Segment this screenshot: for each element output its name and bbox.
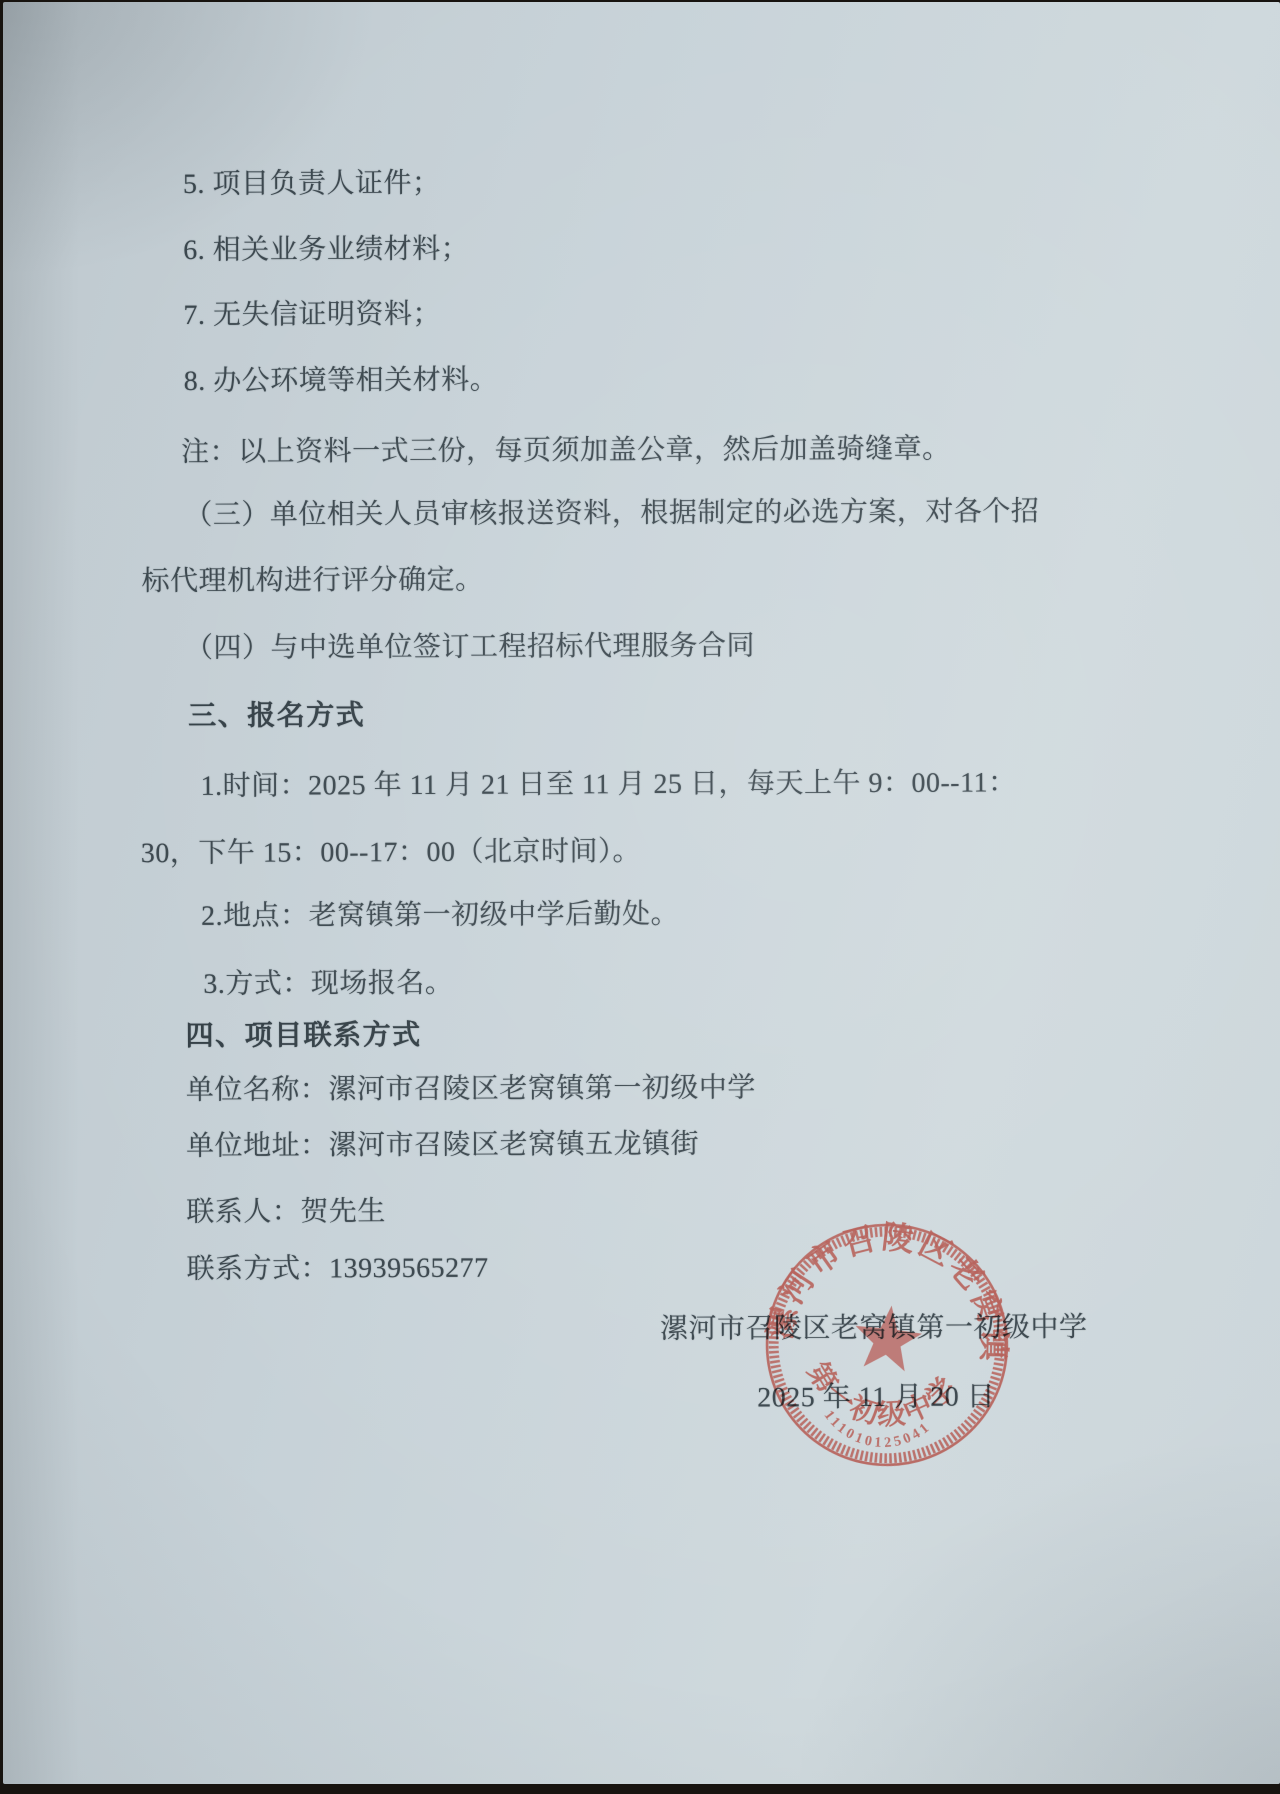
contact-person-line: 联系人：贺先生 [186, 1189, 386, 1230]
seal-bottom-arc-text: 第一初级中学 [795, 1354, 966, 1441]
paper-sheet: 5. 项目负责人证件； 6. 相关业务业绩材料； 7. 无失信证明资料； 8. … [3, 2, 1280, 1784]
list-item-8: 8. 办公环境等相关材料。 [184, 358, 499, 399]
contact-name-line: 单位名称：漯河市召陵区老窝镇第一初级中学 [186, 1066, 756, 1108]
official-seal-stamp: 漯河市召陵区老窝镇 第一初级中学 111010125041 [740, 1198, 1033, 1491]
seal-star-icon [851, 1302, 925, 1373]
time-line-1: 1.时间：2025 年 11 月 21 日至 11 月 25 日，每天上午 9：… [200, 760, 1016, 804]
list-item-6: 6. 相关业务业绩材料； [183, 227, 469, 268]
contact-address-line: 单位地址：漯河市召陵区老窝镇五龙镇街 [186, 1122, 699, 1164]
place-line: 2.地点：老窝镇第一初级中学后勤处。 [201, 892, 679, 934]
paragraph-4: （四）与中选单位签订工程招标代理服务合同 [185, 624, 755, 666]
photo-background: 5. 项目负责人证件； 6. 相关业务业绩材料； 7. 无失信证明资料； 8. … [0, 0, 1280, 1794]
paragraph-3-line-1: （三）单位相关人员审核报送资料，根据制定的必选方案，对各个招 [184, 489, 1039, 533]
note-line: 注：以上资料一式三份，每页须加盖公章，然后加盖骑缝章。 [181, 427, 951, 470]
list-item-5: 5. 项目负责人证件； [183, 161, 441, 202]
contact-phone-line: 联系方式：13939565277 [187, 1246, 489, 1287]
paragraph-3-line-2: 标代理机构进行评分确定。 [142, 558, 484, 599]
svg-text:第一初级中学: 第一初级中学 [795, 1354, 966, 1441]
section-3-heading: 三、报名方式 [188, 693, 365, 734]
method-line: 3.方式：现场报名。 [203, 961, 453, 1002]
document-content: 5. 项目负责人证件； 6. 相关业务业绩材料； 7. 无失信证明资料； 8. … [0, 0, 1280, 1787]
list-item-7: 7. 无失信证明资料； [183, 292, 441, 333]
section-4-heading: 四、项目联系方式 [186, 1013, 422, 1054]
time-line-2: 30，下午 15：00--17：00（北京时间）。 [141, 829, 641, 871]
